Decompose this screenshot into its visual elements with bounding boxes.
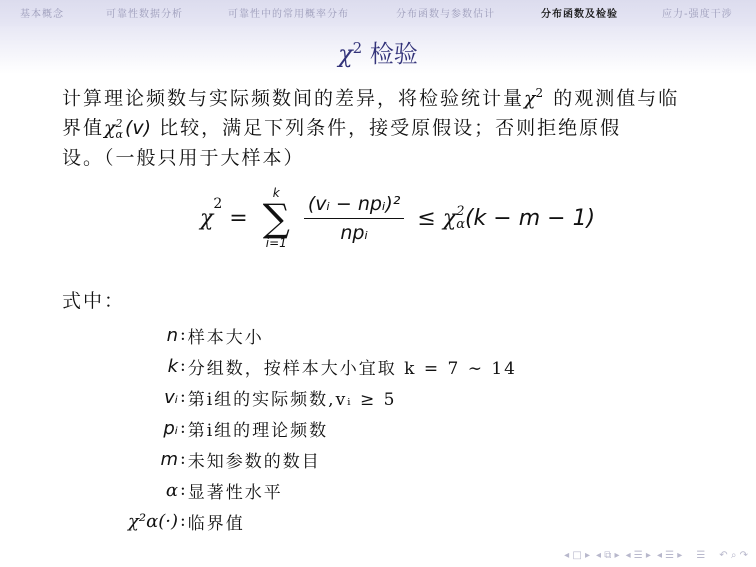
intro-text: 的观测值与临 xyxy=(545,87,679,109)
slide-nav-icon[interactable]: ◂ □ ▸ xyxy=(564,550,590,561)
argument: (v) xyxy=(125,117,151,139)
def-symbol: m xyxy=(100,449,178,470)
chi-symbol: χ xyxy=(104,117,116,139)
intro-text: 计算理论频数与实际频数间的差异，将检验统计量 xyxy=(62,87,524,109)
superscript: 2 xyxy=(536,86,546,100)
chi-symbol: χ xyxy=(443,206,456,231)
def-text: 样本大小 xyxy=(188,323,264,348)
nav-section-reliability-data-analysis[interactable]: 可靠性数据分析 xyxy=(106,5,183,20)
chi-symbol: χ xyxy=(524,87,536,109)
def-text: 未知参数的数目 xyxy=(188,447,321,472)
definition-row: α:显著性水平 xyxy=(100,475,283,505)
where-label: 式中： xyxy=(62,286,125,313)
sigma-icon: ∑ xyxy=(263,199,290,237)
definition-row: n:样本大小 xyxy=(100,320,264,350)
def-symbol: n xyxy=(100,325,178,346)
title-text: 检验 xyxy=(362,40,418,68)
def-symbol: χ²α(·) xyxy=(100,511,178,532)
definition-row: vᵢ:第i组的实际频数,vᵢ ≥ 5 xyxy=(100,382,396,412)
leq-sign: ≤ xyxy=(410,206,442,231)
intro-line-3: 设。（一般只用于大样本） xyxy=(62,143,702,173)
nav-section-distribution-estimation[interactable]: 分布函数与参数估计 xyxy=(396,5,495,20)
section-nav-icon[interactable]: ◂ ☰ ▸ xyxy=(626,550,651,561)
frame-title: χ2 检验 xyxy=(0,34,756,69)
definition-row: m:未知参数的数目 xyxy=(100,444,321,474)
definition-row: pᵢ:第i组的理论频数 xyxy=(100,413,328,443)
def-text: 临界值 xyxy=(188,509,245,534)
def-text: 分组数，按样本大小宜取 k = 7 ∼ 14 xyxy=(188,354,517,379)
def-text: 显著性水平 xyxy=(188,478,283,503)
equals-sign: = xyxy=(222,206,254,231)
title-superscript: 2 xyxy=(353,39,363,57)
search-back-forward-icon[interactable]: ↶ ⌕ ↷ xyxy=(719,550,748,561)
definition-row: χ²α(·):临界值 xyxy=(100,506,245,536)
intro-text: 比较，满足下列条件，接受原假设；否则拒绝原假 xyxy=(151,117,621,139)
def-text: 第i组的理论频数 xyxy=(188,416,328,441)
title-chi-symbol: χ xyxy=(338,40,353,68)
argument: (k − m − 1) xyxy=(465,206,595,231)
summation: k ∑ i=1 xyxy=(263,187,290,249)
subscript: α xyxy=(456,218,465,231)
definition-row: k:分组数，按样本大小宜取 k = 7 ∼ 14 xyxy=(100,351,517,381)
denominator: npᵢ xyxy=(340,219,368,244)
intro-line-2: 界值χ2α(v) 比较，满足下列条件，接受原假设；否则拒绝原假 xyxy=(62,113,702,143)
intro-text: 界值 xyxy=(62,117,104,139)
intro-paragraph: 计算理论频数与实际频数间的差异，将检验统计量χ2 的观测值与临 界值χ2α(v)… xyxy=(62,78,702,173)
fraction: (vᵢ − npᵢ)² npᵢ xyxy=(304,193,405,244)
nav-section-basic-concepts[interactable]: 基本概念 xyxy=(20,5,64,20)
def-symbol: α xyxy=(100,480,178,501)
numerator: (vᵢ − npᵢ)² xyxy=(304,193,405,219)
def-symbol: k xyxy=(100,356,178,377)
chi-square-formula: χ2 = k ∑ i=1 (vᵢ − npᵢ)² npᵢ ≤ χ 2α (k −… xyxy=(200,178,595,258)
def-text: 第i组的实际频数,vᵢ ≥ 5 xyxy=(188,385,397,410)
subscript: α xyxy=(116,129,125,140)
chi-symbol: χ xyxy=(200,206,213,231)
beamer-navigation-controls: ◂ □ ▸ ◂ ⧉ ▸ ◂ ☰ ▸ ◂ ☰ ▸ ☰ ↶ ⌕ ↷ xyxy=(564,550,748,561)
def-symbol: vᵢ xyxy=(100,387,178,408)
intro-line-1: 计算理论频数与实际频数间的差异，将检验统计量χ2 的观测值与临 xyxy=(62,78,702,113)
nav-section-stress-strength[interactable]: 应力-强度干涉 xyxy=(662,5,733,20)
def-symbol: pᵢ xyxy=(100,418,178,439)
sum-lower-limit: i=1 xyxy=(266,237,287,249)
nav-section-distribution-test[interactable]: 分布函数及检验 xyxy=(541,5,618,20)
nav-section-common-distributions[interactable]: 可靠性中的常用概率分布 xyxy=(228,5,349,20)
subsection-nav-icon[interactable]: ◂ ☰ ▸ xyxy=(657,550,682,561)
frame-nav-icon[interactable]: ◂ ⧉ ▸ xyxy=(596,550,620,561)
outline-icon[interactable]: ☰ xyxy=(696,550,705,561)
superscript: 2 xyxy=(213,196,222,212)
section-navigation-bar: 基本概念 可靠性数据分析 可靠性中的常用概率分布 分布函数与参数估计 分布函数及… xyxy=(0,0,756,26)
